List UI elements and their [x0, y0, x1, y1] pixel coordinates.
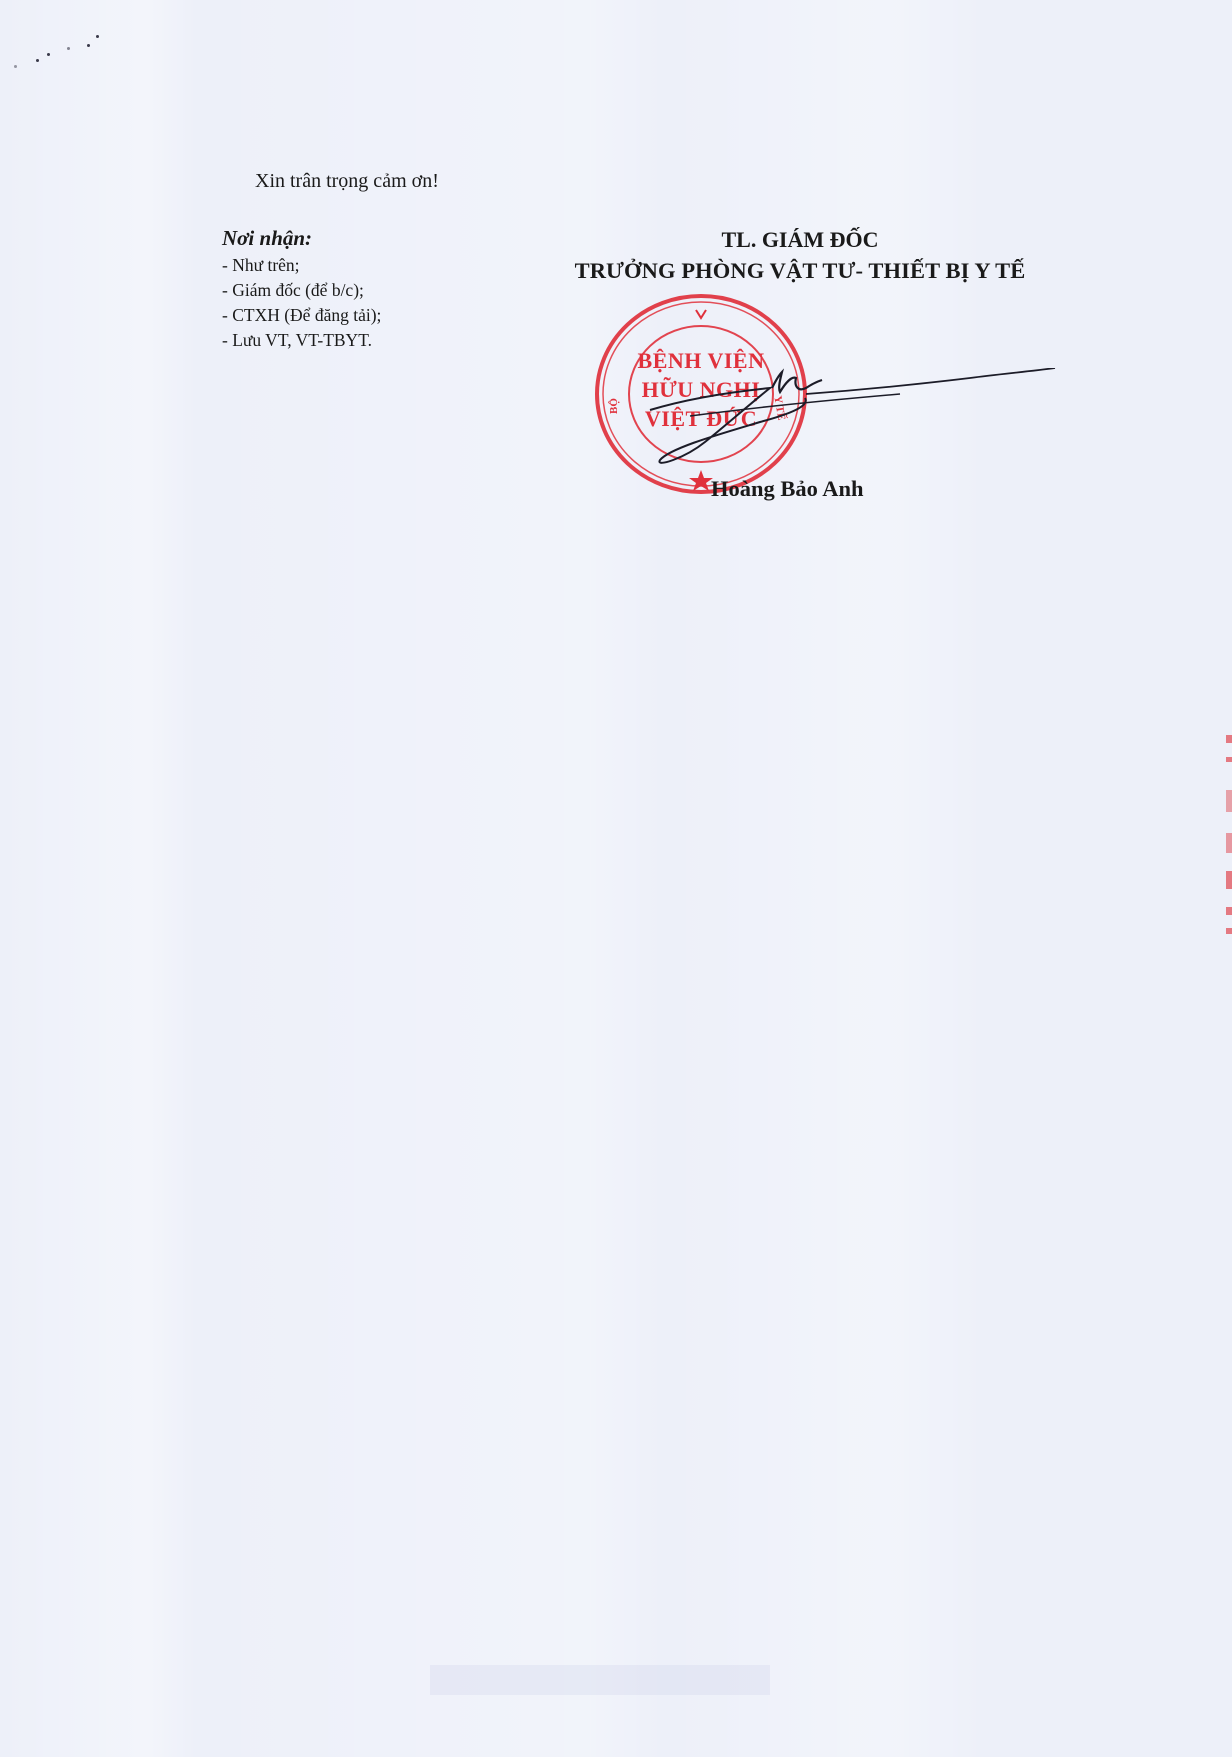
scan-edge-marks: [1220, 735, 1232, 935]
recipient-item: - Như trên;: [222, 253, 381, 278]
handwritten-signature: [630, 368, 1060, 478]
recipient-item: - Giám đốc (để b/c);: [222, 278, 381, 303]
recipients-title: Nơi nhận:: [222, 226, 381, 251]
document-page: Xin trân trọng cảm ơn! Nơi nhận: - Như t…: [0, 0, 1232, 1757]
closing-text: Xin trân trọng cảm ơn!: [255, 170, 439, 193]
scan-artifact-band: [430, 1665, 770, 1695]
recipient-item: - CTXH (Để đăng tải);: [222, 303, 381, 328]
seal-edge-left: BỘ: [608, 398, 620, 414]
recipient-item: - Lưu VT, VT-TBYT.: [222, 328, 381, 353]
signer-name: Hoàng Bảo Anh: [711, 476, 864, 502]
signatory-position: TRƯỞNG PHÒNG VẬT TƯ- THIẾT BỊ Y TẾ: [520, 255, 1080, 286]
recipients-list: Nơi nhận: - Như trên; - Giám đốc (để b/c…: [222, 226, 381, 353]
scan-speckles: [10, 35, 110, 75]
signatory-authority: TL. GIÁM ĐỐC: [520, 224, 1080, 255]
signature-block: TL. GIÁM ĐỐC TRƯỞNG PHÒNG VẬT TƯ- THIẾT …: [520, 224, 1080, 286]
